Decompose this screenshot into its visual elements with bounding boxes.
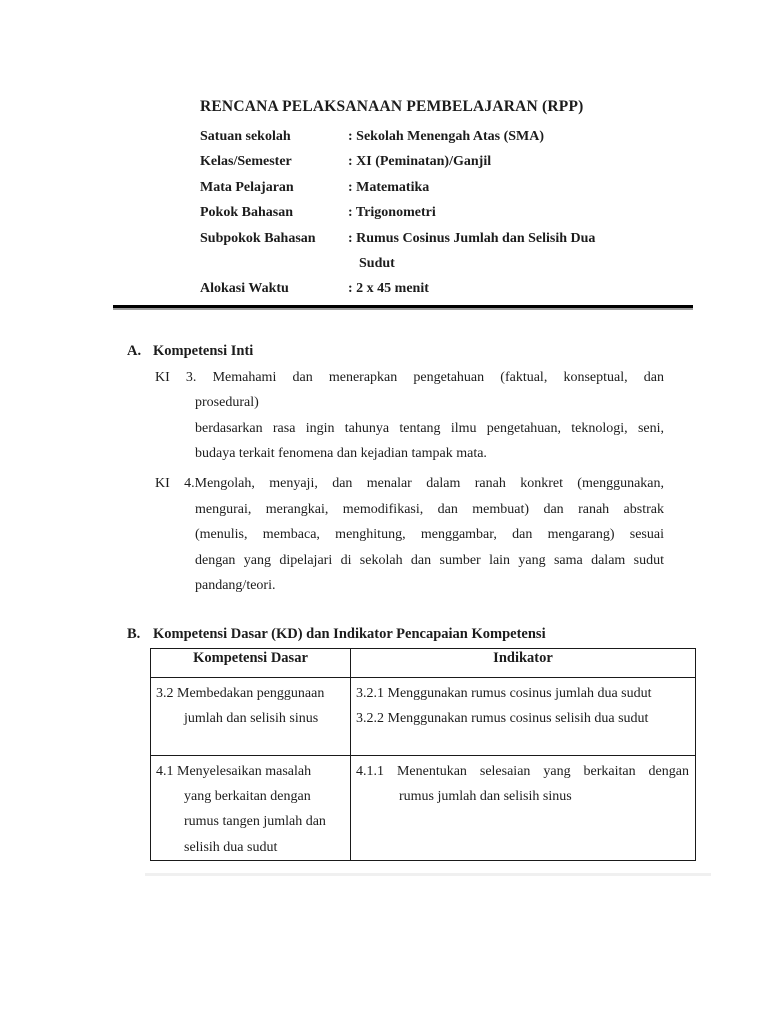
- paragraph-line: budaya terkait fenomena dan kejadian tam…: [155, 441, 664, 466]
- paragraph-line: mengurai, merangkai, memodifikasi, dan m…: [155, 497, 664, 522]
- meta-row-subpokok-bahasan: Subpokok Bahasan : Rumus Cosinus Jumlah …: [200, 226, 768, 277]
- section-a-title: Kompetensi Inti: [153, 343, 253, 360]
- paragraph-line: KI 3. Memahami dan menerapkan pengetahua…: [155, 365, 664, 390]
- kd-cell: 3.2 Membedakan penggunaan jumlah dan sel…: [151, 677, 351, 755]
- cell-line: 3.2.1 Menggunakan rumus cosinus jumlah d…: [356, 681, 689, 706]
- cell-line: 4.1.1 Menentukan selesaian yang berkaita…: [356, 759, 689, 784]
- meta-value-continuation: Sudut: [348, 251, 595, 276]
- meta-label: Alokasi Waktu: [200, 276, 348, 301]
- paragraph-line: pandang/teori.: [155, 573, 664, 598]
- meta-row-kelas-semester: Kelas/Semester : XI (Peminatan)/Ganjil: [200, 149, 768, 174]
- scan-artifact-line: [145, 873, 711, 876]
- cell-line: 3.2.2 Menggunakan rumus cosinus selisih …: [356, 706, 689, 731]
- section-a-heading: A. Kompetensi Inti: [127, 343, 768, 360]
- meta-value: : Sekolah Menengah Atas (SMA): [348, 124, 544, 149]
- column-header-indikator: Indikator: [351, 648, 696, 677]
- indikator-cell: 4.1.1 Menentukan selesaian yang berkaita…: [351, 755, 696, 861]
- cell-line: rumus tangen jumlah dan: [156, 809, 344, 834]
- section-b-title: Kompetensi Dasar (KD) dan Indikator Penc…: [153, 626, 546, 643]
- meta-label: Kelas/Semester: [200, 149, 348, 174]
- meta-row-satuan-sekolah: Satuan sekolah : Sekolah Menengah Atas (…: [200, 124, 768, 149]
- meta-value: : 2 x 45 menit: [348, 276, 429, 301]
- column-header-kompetensi-dasar: Kompetensi Dasar: [151, 648, 351, 677]
- meta-row-alokasi-waktu: Alokasi Waktu : 2 x 45 menit: [200, 276, 768, 301]
- meta-label: Pokok Bahasan: [200, 200, 348, 225]
- paragraph-line: berdasarkan rasa ingin tahunya tentang i…: [155, 416, 664, 441]
- cell-line: selisih dua sudut: [156, 835, 344, 860]
- kd-cell: 4.1 Menyelesaikan masalah yang berkaitan…: [151, 755, 351, 861]
- cell-line: rumus jumlah dan selisih sinus: [356, 784, 689, 809]
- meta-value: : Matematika: [348, 175, 429, 200]
- meta-label: Satuan sekolah: [200, 124, 348, 149]
- paragraph-line: prosedural): [155, 390, 664, 415]
- header-divider-rule: [113, 305, 693, 310]
- kd-indikator-table: Kompetensi Dasar Indikator 3.2 Membedaka…: [150, 648, 696, 862]
- meta-label: Subpokok Bahasan: [200, 226, 348, 277]
- paragraph-line: (menulis, membaca, menghitung, menggamba…: [155, 522, 664, 547]
- cell-line: jumlah dan selisih sinus: [156, 706, 344, 731]
- meta-value: : XI (Peminatan)/Ganjil: [348, 149, 491, 174]
- cell-line: 4.1 Menyelesaikan masalah: [156, 759, 344, 784]
- meta-value: : Trigonometri: [348, 200, 436, 225]
- meta-value-multiline: : Rumus Cosinus Jumlah dan Selisih Dua S…: [348, 226, 595, 277]
- section-b-heading: B. Kompetensi Dasar (KD) dan Indikator P…: [127, 626, 768, 643]
- cell-line: 3.2 Membedakan penggunaan: [156, 681, 344, 706]
- table-header-row: Kompetensi Dasar Indikator: [151, 648, 696, 677]
- meta-value-line: : Rumus Cosinus Jumlah dan Selisih Dua: [348, 226, 595, 251]
- section-a-marker: A.: [127, 343, 153, 360]
- ki3-paragraph: KI 3. Memahami dan menerapkan pengetahua…: [155, 365, 664, 467]
- meta-row-pokok-bahasan: Pokok Bahasan : Trigonometri: [200, 200, 768, 225]
- meta-row-mata-pelajaran: Mata Pelajaran : Matematika: [200, 175, 768, 200]
- table-row: 4.1 Menyelesaikan masalah yang berkaitan…: [151, 755, 696, 861]
- table-row: 3.2 Membedakan penggunaan jumlah dan sel…: [151, 677, 696, 755]
- page-title: RENCANA PELAKSANAAN PEMBELAJARAN (RPP): [200, 98, 768, 116]
- ki4-paragraph: KI 4.Mengolah, menyaji, dan menalar dala…: [155, 471, 664, 598]
- paragraph-line: KI 4.Mengolah, menyaji, dan menalar dala…: [155, 471, 664, 496]
- indikator-cell: 3.2.1 Menggunakan rumus cosinus jumlah d…: [351, 677, 696, 755]
- paragraph-line: dengan yang dipelajari di sekolah dan su…: [155, 548, 664, 573]
- section-b-marker: B.: [127, 626, 153, 643]
- document-page: RENCANA PELAKSANAAN PEMBELAJARAN (RPP) S…: [0, 0, 768, 1024]
- meta-label: Mata Pelajaran: [200, 175, 348, 200]
- cell-line: yang berkaitan dengan: [156, 784, 344, 809]
- meta-block: Satuan sekolah : Sekolah Menengah Atas (…: [200, 124, 768, 302]
